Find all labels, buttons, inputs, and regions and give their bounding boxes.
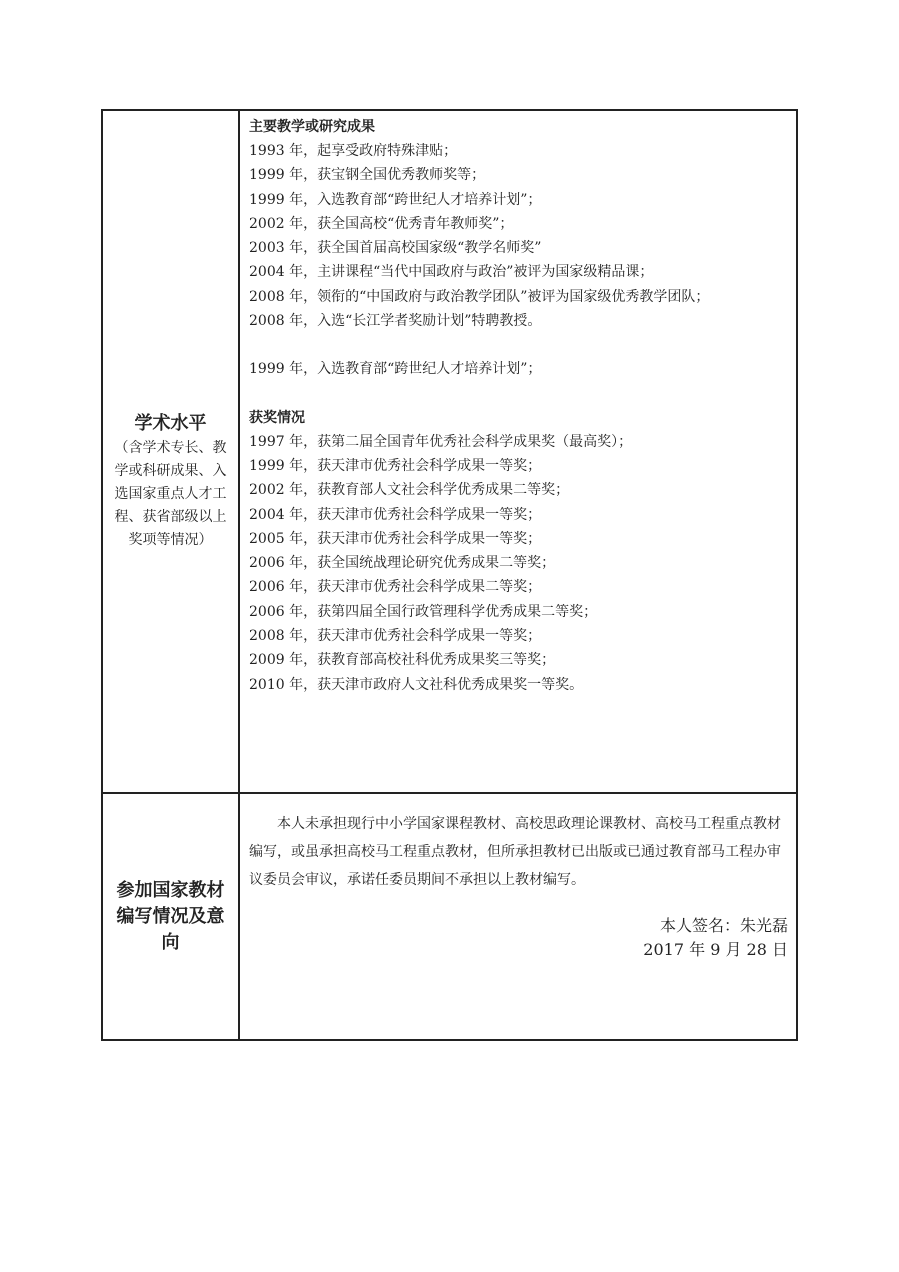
achievement-item: 2003 年，获全国首届高校国家级“教学名师奖” — [249, 236, 788, 260]
textbook-statement: 本人未承担现行中小学国家课程教材、高校思政理论课教材、高校马工程重点教材编写，或… — [249, 810, 788, 894]
achievement-item: 1993 年，起享受政府特殊津贴； — [249, 139, 788, 163]
award-item: 2005 年，获天津市优秀社会科学成果一等奖； — [249, 527, 788, 551]
textbook-row: 参加国家教材编写情况及意向 本人未承担现行中小学国家课程教材、高校思政理论课教材… — [103, 794, 796, 1039]
achievement-item: 1999 年，获宝钢全国优秀教师奖等； — [249, 163, 788, 187]
achievement-item: 2008 年，领衔的“中国政府与政治教学团队”被评为国家级优秀教学团队； — [249, 285, 788, 309]
academic-level-content-cell: 主要教学或研究成果 1993 年，起享受政府特殊津贴； 1999 年，获宝钢全国… — [240, 111, 796, 792]
achievement-item: 2002 年，获全国高校“优秀青年教师奖”； — [249, 212, 788, 236]
award-item: 2010 年，获天津市政府人文社科优秀成果奖一等奖。 — [249, 673, 788, 697]
award-item: 2006 年，获第四届全国行政管理科学优秀成果二等奖； — [249, 600, 788, 624]
achievement-extra-item: 1999 年，入选教育部“跨世纪人才培养计划”； — [249, 357, 788, 381]
textbook-label: 参加国家教材编写情况及意向 — [116, 878, 226, 956]
academic-level-label-cell: 学术水平 （含学术专长、教学或科研成果、入选国家重点人才工程、获省部级以上奖项等… — [103, 111, 240, 792]
textbook-label-cell: 参加国家教材编写情况及意向 — [103, 794, 240, 1039]
academic-level-row: 学术水平 （含学术专长、教学或科研成果、入选国家重点人才工程、获省部级以上奖项等… — [103, 111, 796, 794]
spacer — [249, 382, 788, 406]
achievement-item: 2004 年，主讲课程“当代中国政府与政治”被评为国家级精品课； — [249, 260, 788, 284]
award-item: 1999 年，获天津市优秀社会科学成果一等奖； — [249, 454, 788, 478]
signature-date: 2017 年 9 月 28 日 — [249, 938, 788, 962]
achievement-item: 1999 年，入选教育部“跨世纪人才培养计划”； — [249, 188, 788, 212]
academic-level-description: （含学术专长、教学或科研成果、入选国家重点人才工程、获省部级以上奖项等情况） — [112, 437, 230, 552]
form-table: 学术水平 （含学术专长、教学或科研成果、入选国家重点人才工程、获省部级以上奖项等… — [101, 109, 798, 1041]
achievements-heading: 主要教学或研究成果 — [249, 115, 788, 139]
award-item: 2009 年，获教育部高校社科优秀成果奖三等奖； — [249, 648, 788, 672]
award-item: 2006 年，获天津市优秀社会科学成果二等奖； — [249, 575, 788, 599]
award-item: 2004 年，获天津市优秀社会科学成果一等奖； — [249, 503, 788, 527]
award-item: 2008 年，获天津市优秀社会科学成果一等奖； — [249, 624, 788, 648]
awards-heading: 获奖情况 — [249, 406, 788, 430]
achievement-item: 2008 年，入选“长江学者奖励计划”特聘教授。 — [249, 309, 788, 333]
award-item: 2006 年，获全国统战理论研究优秀成果二等奖； — [249, 551, 788, 575]
academic-level-title: 学术水平 — [135, 411, 207, 437]
award-item: 2002 年，获教育部人文社会科学优秀成果二等奖； — [249, 478, 788, 502]
textbook-content-cell: 本人未承担现行中小学国家课程教材、高校思政理论课教材、高校马工程重点教材编写，或… — [240, 794, 796, 1039]
signature: 本人签名：朱光磊 — [249, 914, 788, 938]
spacer — [249, 333, 788, 357]
award-item: 1997 年，获第二届全国青年优秀社会科学成果奖（最高奖）； — [249, 430, 788, 454]
